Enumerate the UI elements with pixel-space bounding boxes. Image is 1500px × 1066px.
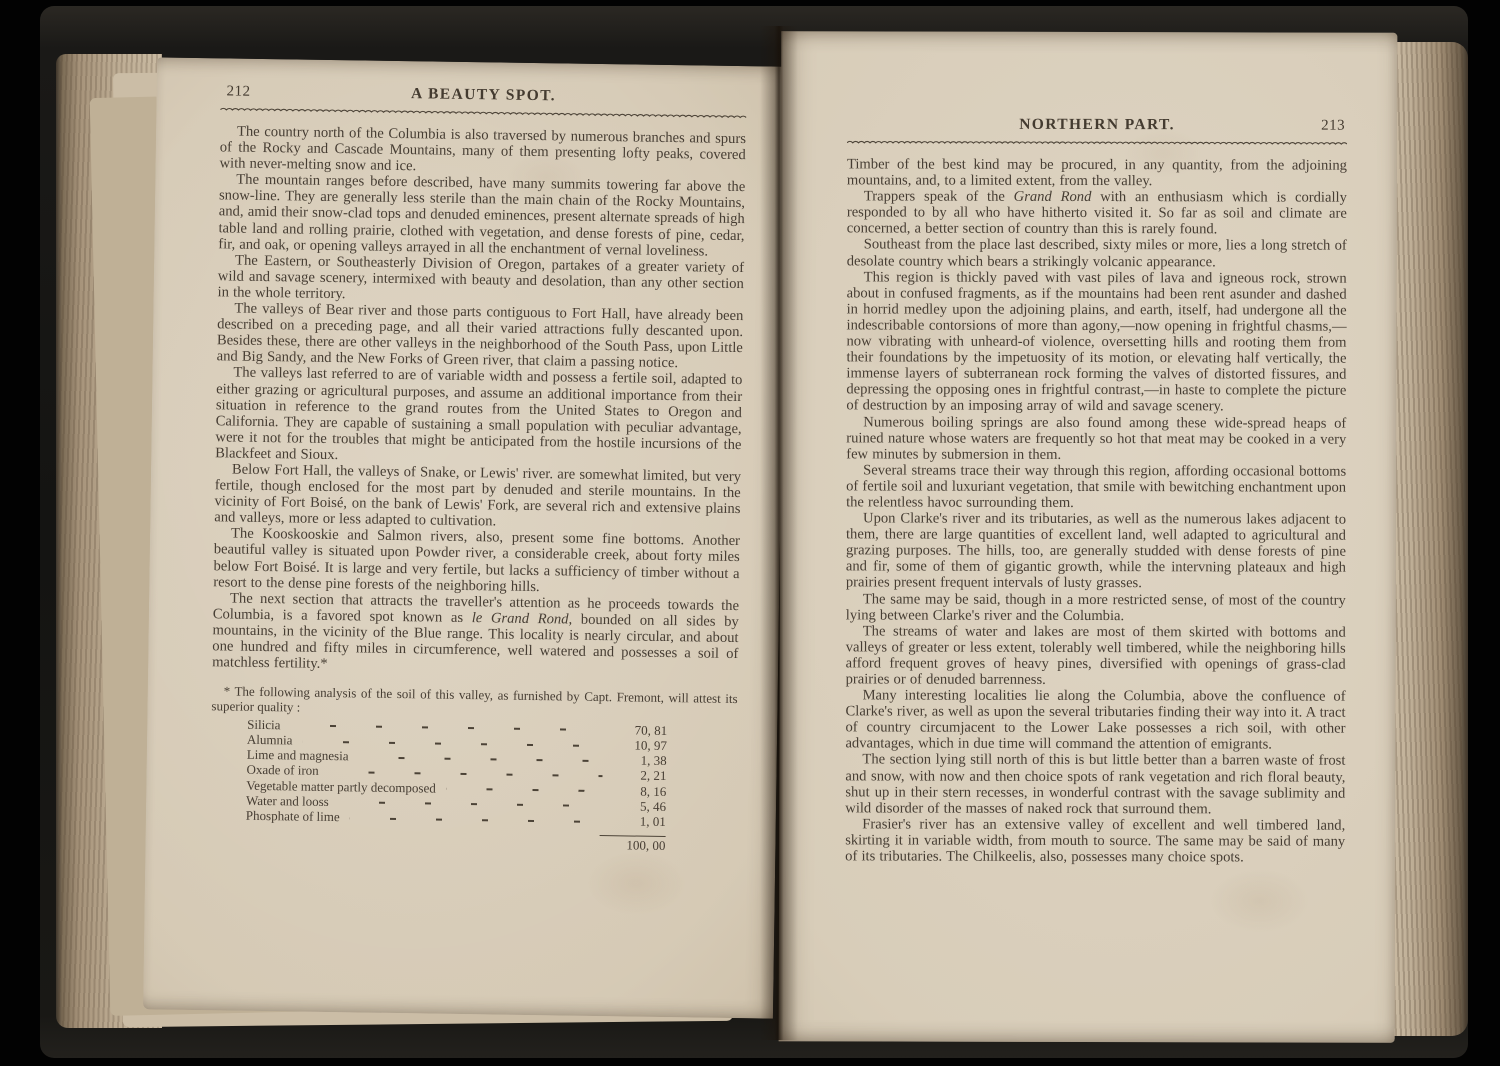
total-value: 100, 00 [599, 835, 665, 854]
dash-leader [302, 740, 602, 746]
right-page-edges [1390, 42, 1468, 1036]
paragraph: Frasier's river has an extensive valley … [845, 816, 1345, 866]
left-running-title: A BEAUTY SPOT. [411, 85, 556, 104]
right-body-text: Timber of the best kind may be procured,… [845, 156, 1347, 865]
footnote-intro: * The following analysis of the soil of … [211, 684, 737, 721]
left-page-content: 212 A BEAUTY SPOT. The country north of … [143, 57, 787, 1018]
paragraph: The streams of water and lakes are most … [846, 623, 1346, 689]
right-page-header: NORTHERN PART. 213 [847, 115, 1347, 136]
paragraph-grand-rond: The next section that attracts the trave… [212, 590, 739, 678]
paragraph: The Kooskooskie and Salmon rivers, also,… [213, 526, 740, 598]
row-value: 10, 97 [613, 738, 667, 754]
row-value: 1, 01 [612, 814, 666, 830]
paragraph: The valleys of Bear river and those part… [217, 300, 744, 372]
row-value: 8, 16 [612, 784, 666, 800]
dash-leader [290, 725, 603, 732]
paragraph: Below Fort Hall, the valleys of Snake, o… [214, 461, 741, 533]
paragraph: Southeast from the place last described,… [847, 237, 1347, 270]
row-value: 1, 38 [613, 753, 667, 769]
row-label: Silicia [247, 718, 280, 733]
paragraph: The section lying still north of this is… [845, 752, 1345, 818]
dash-leader [329, 771, 603, 777]
left-body-text: The country north of the Columbia is als… [212, 123, 746, 678]
paragraph: The mountain ranges before described, ha… [218, 172, 745, 260]
dash-leader [359, 756, 603, 762]
row-label: Phosphate of lime [246, 809, 340, 825]
paragraph: The valleys last referred to are of vari… [215, 365, 742, 469]
paragraph-text: Trappers speak of the [864, 189, 1014, 205]
italic-phrase: Grand Rond [1014, 189, 1092, 205]
row-value: 70, 81 [613, 723, 667, 739]
dash-leader [350, 817, 602, 823]
paragraph: Numerous boiling springs are also found … [846, 414, 1346, 464]
paragraph: The country north of the Columbia is als… [219, 123, 746, 179]
left-page: 212 A BEAUTY SPOT. The country north of … [143, 57, 787, 1018]
paragraph: Timber of the best kind may be procured,… [847, 156, 1347, 189]
right-page: NORTHERN PART. 213 Timber of the best ki… [779, 31, 1398, 1043]
table-total-row: 100, 00 [245, 830, 665, 854]
right-running-title: NORTHERN PART. [1019, 116, 1175, 133]
italic-phrase: le Grand Rond, [472, 610, 573, 627]
paragraph: The same may be said, though in a more r… [846, 591, 1346, 624]
right-page-content: NORTHERN PART. 213 Timber of the best ki… [779, 31, 1398, 1043]
paragraph: This region is thickly paved with vast p… [846, 269, 1346, 415]
row-label: Alumnia [247, 733, 293, 748]
right-page-number: 213 [1321, 118, 1345, 135]
soil-analysis-table: Silicia 70, 81 Alumnia 10, 97 Lime and m… [245, 718, 667, 854]
left-page-header: 212 A BEAUTY SPOT. [220, 82, 746, 110]
left-page-number: 212 [226, 83, 250, 100]
paragraph-trappers: Trappers speak of the Grand Rond with an… [847, 189, 1347, 239]
row-label: Oxade of iron [246, 763, 318, 779]
paragraph: Upon Clarke's river and its tributaries,… [846, 510, 1346, 592]
paragraph: Several streams trace their way through … [846, 462, 1346, 512]
paragraph: Many interesting localities lie along th… [845, 687, 1345, 753]
row-value: 2, 21 [612, 769, 666, 785]
dash-leader [339, 801, 602, 807]
wavy-rule [847, 139, 1347, 146]
footnote: * The following analysis of the soil of … [209, 684, 737, 854]
row-value: 5, 46 [612, 799, 666, 815]
book-photo: 212 A BEAUTY SPOT. The country north of … [0, 0, 1500, 1066]
dash-leader [446, 788, 602, 792]
paragraph: The Eastern, or Southeasterly Division o… [217, 252, 744, 308]
